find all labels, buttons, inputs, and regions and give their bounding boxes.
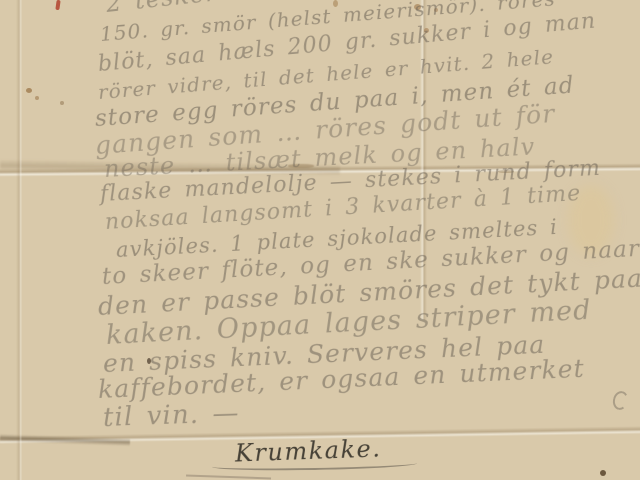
recipe-title: Krumkake. [235,434,382,467]
handwriting-layer: 2 tesker bakepulver og …150. gr. smör (h… [0,0,640,480]
handwriting-line: til vin. — [102,398,240,433]
scanned-document: 2 tesker bakepulver og …150. gr. smör (h… [0,0,640,480]
